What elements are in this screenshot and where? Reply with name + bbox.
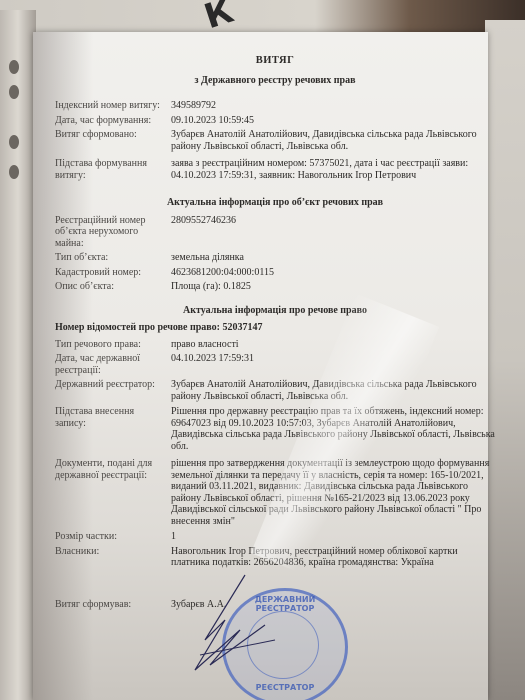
field-row: Індексний номер витягу: 349589792 xyxy=(55,100,495,112)
field-label: Підстава формування витягу: xyxy=(55,158,165,181)
field-label: Індексний номер витягу: xyxy=(55,100,165,112)
field-label: Власники: xyxy=(55,546,165,569)
field-row: Документи, подані для державної реєстрац… xyxy=(55,458,495,527)
field-label: Розмір частки: xyxy=(55,531,165,543)
field-value: Площа (га): 0.1825 xyxy=(165,281,495,293)
field-value: 1 xyxy=(165,531,495,543)
object-section-heading: Актуальна інформація про об’єкт речових … xyxy=(55,197,495,209)
field-row: Підстава формування витягу: заява з реєс… xyxy=(55,158,495,181)
field-label: Опис об’єкта: xyxy=(55,281,165,293)
field-row: Опис об’єкта: Площа (га): 0.1825 xyxy=(55,281,495,293)
field-value: 04.10.2023 17:59:31 xyxy=(165,353,495,376)
sheet-protector-edge xyxy=(0,10,36,700)
field-value: 4623681200:04:000:0115 xyxy=(165,267,495,279)
field-row: Підстава внесення запису: Рішення про де… xyxy=(55,406,495,452)
field-value: заява з реєстраційним номером: 57375021,… xyxy=(165,158,495,181)
field-label: Кадастровий номер: xyxy=(55,267,165,279)
field-row: Тип об’єкта: земельна ділянка xyxy=(55,252,495,264)
field-value: земельна ділянка xyxy=(165,252,495,264)
field-row: Витяг сформовано: Зубарєв Анатолій Анато… xyxy=(55,129,495,152)
stamp-bottom-text: РЕЄСТРАТОР xyxy=(245,683,325,692)
object-fields: Реєстраційний номер об’єкта нерухомого м… xyxy=(55,215,495,293)
field-value: Зубарєв Анатолій Анатолійович, Давидівсь… xyxy=(165,379,495,402)
punch-hole xyxy=(9,85,19,99)
field-label: Тип речового права: xyxy=(55,339,165,351)
signed-by-label: Витяг сформував: xyxy=(55,599,165,611)
extract-document: ВИТЯГ з Державного реєстру речових прав … xyxy=(55,55,495,610)
field-row: Розмір частки: 1 xyxy=(55,531,495,543)
field-label: Підстава внесення запису: xyxy=(55,406,165,452)
field-row: Дата, час державної реєстрації: 04.10.20… xyxy=(55,353,495,376)
punch-hole xyxy=(9,165,19,179)
field-label: Тип об’єкта: xyxy=(55,252,165,264)
field-row: Державний реєстратор: Зубарєв Анатолій А… xyxy=(55,379,495,402)
field-value: Зубарєв Анатолій Анатолійович, Давидівсь… xyxy=(165,129,495,152)
field-row: Тип речового права: право власності xyxy=(55,339,495,351)
field-value: Рішення про державну реєстрацію прав та … xyxy=(165,406,495,452)
field-label: Дата, час державної реєстрації: xyxy=(55,353,165,376)
field-label: Дата, час формування: xyxy=(55,115,165,127)
field-row: Дата, час формування: 09.10.2023 10:59:4… xyxy=(55,115,495,127)
punch-hole xyxy=(9,135,19,149)
field-row: Власники: Навогольник Ігор Петрович, реє… xyxy=(55,546,495,569)
right-number: Номер відомостей про речове право: 52037… xyxy=(55,322,495,334)
signature-icon xyxy=(185,570,295,680)
field-value: 2809552746236 xyxy=(165,215,495,250)
field-value: 09.10.2023 10:59:45 xyxy=(165,115,495,127)
document-subtitle: з Державного реєстру речових прав xyxy=(55,75,495,87)
field-value: рішення про затвердження документації із… xyxy=(165,458,495,527)
header-fields: Індексний номер витягу: 349589792 Дата, … xyxy=(55,100,495,181)
field-value: право власності xyxy=(165,339,495,351)
field-label: Державний реєстратор: xyxy=(55,379,165,402)
field-label: Реєстраційний номер об’єкта нерухомого м… xyxy=(55,215,165,250)
right-section-heading: Актуальна інформація про речове право xyxy=(55,305,495,317)
punch-hole xyxy=(9,60,19,74)
field-label: Документи, подані для державної реєстрац… xyxy=(55,458,165,527)
field-value: Навогольник Ігор Петрович, реєстраційний… xyxy=(165,546,495,569)
right-fields: Тип речового права: право власності Дата… xyxy=(55,339,495,569)
field-value: 349589792 xyxy=(165,100,495,112)
field-row: Кадастровий номер: 4623681200:04:000:011… xyxy=(55,267,495,279)
field-label: Витяг сформовано: xyxy=(55,129,165,152)
document-title: ВИТЯГ xyxy=(55,55,495,67)
field-row: Реєстраційний номер об’єкта нерухомого м… xyxy=(55,215,495,250)
